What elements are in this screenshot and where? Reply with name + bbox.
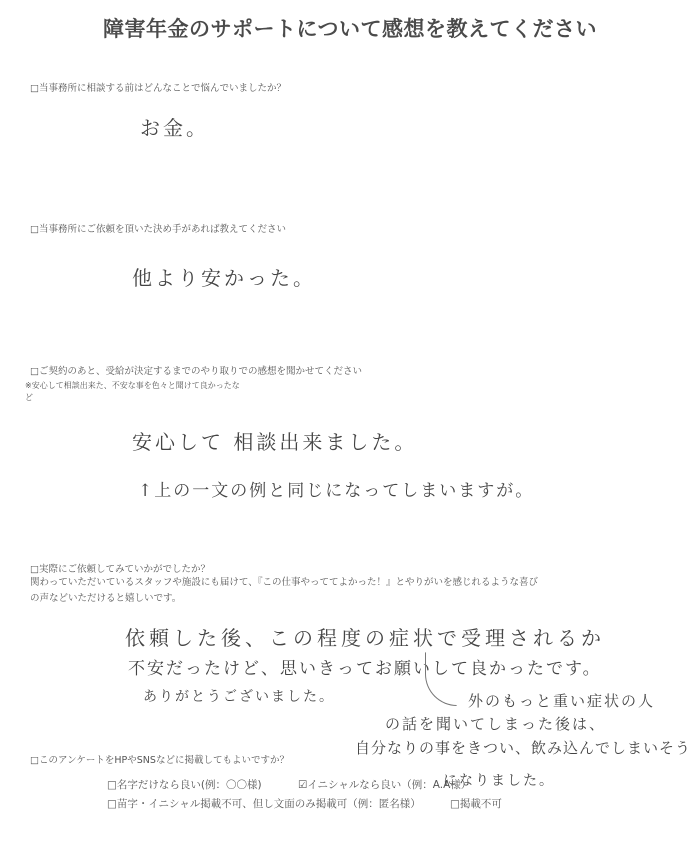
inserted-note-line-3: 自分なりの事をきつい、飲み込んでしまいそう — [355, 737, 691, 758]
option-text-only[interactable]: □苗字・イニシャル掲載不可、但し文面のみ掲載可（例：匿名様） — [107, 796, 421, 811]
question-5-label: □このアンケートをHPやSNSなどに掲載してもよいですか？ — [30, 752, 289, 766]
question-4-answer-line-1: 依頼した後、この程度の症状で受理されるか — [125, 622, 605, 651]
option-no-publish[interactable]: □掲載不可 — [450, 796, 502, 811]
option-surname-only[interactable]: □名字だけなら良い(例：〇〇様) — [107, 777, 262, 792]
question-4-label: □実際にご依頼してみていかがでしたか？ — [30, 561, 210, 575]
option-initials-only[interactable]: ☑イニシャルなら良い（例：A.A様） — [298, 777, 471, 792]
inserted-note-line-2: の話を聞いてしまった後は、 — [385, 713, 606, 734]
question-2-label: □当事務所にご依頼を頂いた決め手があれば教えてください — [30, 221, 286, 235]
question-3-label: □ご契約のあと、受給が決定するまでのやり取りでの感想を聞かせてください — [30, 363, 362, 377]
question-1-answer: お金。 — [140, 112, 209, 141]
question-3-answer-line-2: ↑上の一文の例と同じになってしまいますが。 — [138, 476, 534, 501]
question-4-answer-line-2: 不安だったけど、思いきってお願いして良かったです。 — [128, 654, 602, 679]
question-3-note-line-2: ど — [25, 392, 33, 404]
question-4-note-line-2: の声などいただけると嬉しいです。 — [30, 593, 181, 605]
question-3-note-line-1: ※安心して相談出来た、不安な事を色々と聞けて良かったな — [25, 380, 240, 392]
inserted-note-line-1: 外のもっと重い症状の人 — [468, 690, 655, 711]
question-3-answer-line-1: 安心して 相談出来ました。 — [132, 426, 417, 455]
question-4-answer-line-3: ありがとうございました。 — [143, 686, 335, 706]
question-4-note-line-1: 関わっていただいているスタッフや施設にも届けて、『この仕事やっててよかった！』と… — [30, 577, 538, 589]
question-1-label: □当事務所に相談する前はどんなことで悩んでいましたか？ — [30, 80, 286, 94]
insertion-arrow — [425, 652, 457, 706]
page-title: 障害年金のサポートについて感想を教えてください — [0, 13, 700, 43]
question-2-answer: 他より安かった。 — [132, 262, 316, 291]
